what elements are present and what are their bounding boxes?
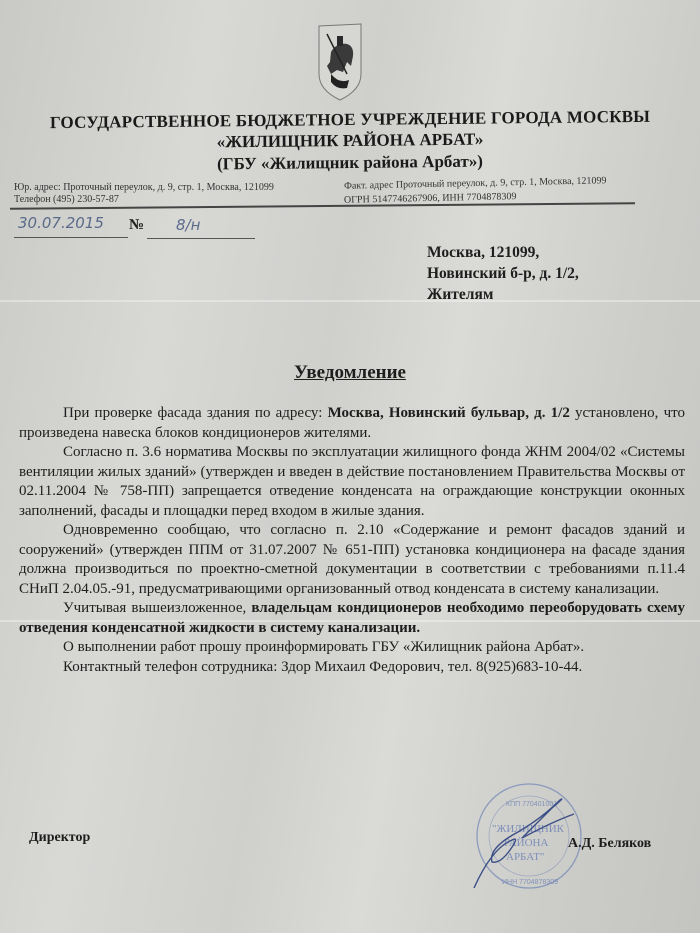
svg-text:КПП 770401001: КПП 770401001 (506, 801, 557, 808)
document-body: При проверке фасада здания по адресу: Мо… (19, 404, 685, 677)
actual-address: Факт. адрес Проточный переулок, д. 9, ст… (344, 175, 607, 192)
date-underline (14, 237, 128, 238)
signatory-position: Директор (29, 830, 90, 846)
signatory-name: А.Д. Беляков (568, 836, 651, 852)
number-underline (147, 238, 255, 239)
paragraph-4: Учитывая вышеизложенное, владельцам конд… (19, 599, 685, 638)
number-label: № (129, 219, 144, 231)
paragraph-2: Согласно п. 3.6 норматива Москвы по эксп… (19, 443, 685, 521)
date-handwritten: 30.07.2015 (18, 214, 104, 232)
document-title: Уведомление (0, 362, 700, 384)
svg-text:РАЙОНА: РАЙОНА (504, 837, 548, 849)
paragraph-6: Контактный телефон сотрудника: Здор Миха… (19, 658, 685, 678)
phone: Телефон (495) 230-57-87 (14, 194, 119, 206)
recipient-addressee: Жителям (427, 284, 579, 305)
recipient-city: Москва, 121099, (427, 242, 579, 263)
moscow-coat-of-arms-icon (317, 22, 363, 102)
paragraph-1: При проверке фасада здания по адресу: Мо… (19, 404, 685, 443)
svg-text:АРБАТ": АРБАТ" (506, 851, 544, 863)
paragraph-3: Одновременно сообщаю, что согласно п. 2.… (19, 521, 685, 599)
recipient-street: Новинский б-р, д. 1/2, (427, 263, 579, 284)
svg-text:ИНН 7704878309: ИНН 7704878309 (502, 879, 558, 886)
legal-address: Юр. адрес: Проточный переулок, д. 9, стр… (14, 182, 274, 194)
paper-fold (0, 300, 700, 302)
paragraph-5: О выполнении работ прошу проинформироват… (19, 638, 685, 658)
recipient-address: Москва, 121099, Новинский б-р, д. 1/2, Ж… (427, 242, 579, 305)
number-handwritten: 8/н (176, 216, 200, 234)
